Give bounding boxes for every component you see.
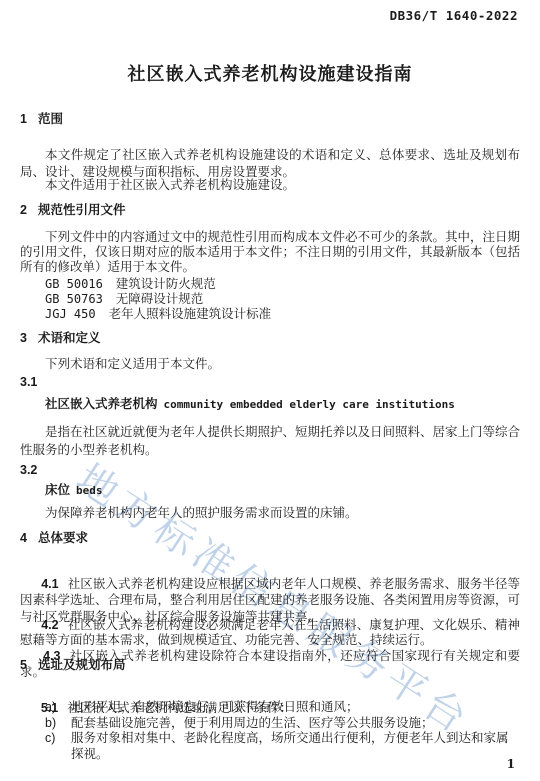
section-1-title: 范围 <box>38 112 63 126</box>
term-definition: 为保障养老机构内老年人的照护服务需求而设置的床铺。 <box>20 505 520 521</box>
standard-document-page: 地方标准信息服务平台 DB36/T 1640-2022 社区嵌入式养老机构设施建… <box>0 0 540 781</box>
section-2-number: 2 <box>20 203 27 217</box>
terms-intro: 下列术语和定义适用于本文件。 <box>20 356 520 372</box>
reference-item: GB 50763无障碍设计规范 <box>20 292 520 306</box>
section-1-number: 1 <box>20 112 27 126</box>
term-entry: 社区嵌入式养老机构community embedded elderly care… <box>20 397 520 412</box>
scope-paragraph-2: 本文件适用于社区嵌入式养老机构设施建设。 <box>20 177 520 193</box>
reference-name: 无障碍设计规范 <box>116 292 204 306</box>
list-item-a: a)地形平坦，自然环境良好，可获得有效日照和通风； <box>20 700 520 716</box>
list-item-text: 配套基础设施完善，便于利用周边的生活、医疗等公共服务设施； <box>71 716 520 732</box>
term-name-zh: 床位 <box>45 483 70 497</box>
term-clause-number: 3.1 <box>20 375 520 389</box>
reference-name: 建筑设计防火规范 <box>116 277 216 291</box>
section-5-title: 选址及规划布局 <box>38 658 126 672</box>
clause-number: 4.2 <box>41 618 58 632</box>
reference-code: GB 50016 <box>45 277 103 291</box>
reference-name: 老年人照料设施建筑设计标准 <box>109 307 272 321</box>
section-4-number: 4 <box>20 531 27 545</box>
term-clause-number: 3.2 <box>20 463 520 477</box>
clause-number: 4.1 <box>41 577 58 591</box>
term-entry: 床位beds <box>20 483 520 498</box>
section-3-title: 术语和定义 <box>38 331 101 345</box>
list-item-b: b)配套基础设施完善，便于利用周边的生活、医疗等公共服务设施； <box>20 716 520 732</box>
scope-paragraph-1: 本文件规定了社区嵌入式养老机构设施建设的术语和定义、总体要求、选址及规划布局、设… <box>20 147 520 180</box>
term-definition: 是指在社区就近就便为老年人提供长期照护、短期托养以及日间照料、居家上门等综合性服… <box>20 423 520 459</box>
list-item-text: 地形平坦，自然环境良好，可获得有效日照和通风； <box>71 700 520 716</box>
document-title: 社区嵌入式养老机构设施建设指南 <box>20 60 520 86</box>
section-5-number: 5 <box>20 658 27 672</box>
section-4-title: 总体要求 <box>38 531 88 545</box>
reference-code: JGJ 450 <box>45 307 96 321</box>
page-number: 1 <box>20 757 515 771</box>
list-marker: b) <box>45 716 71 732</box>
section-4-heading: 4总体要求 <box>20 531 520 545</box>
term-name-en: community embedded elderly care institut… <box>164 398 455 411</box>
section-3-number: 3 <box>20 331 27 345</box>
reference-item: JGJ 450老年人照料设施建筑设计标准 <box>20 307 520 321</box>
reference-code: GB 50763 <box>45 292 103 306</box>
normative-refs-intro: 下列文件中的内容通过文中的规范性引用而构成本文件必不可少的条款。其中，注日期的引… <box>20 230 520 275</box>
section-1-heading: 1范围 <box>20 112 520 126</box>
section-5-heading: 5选址及规划布局 <box>20 658 520 672</box>
standard-number: DB36/T 1640-2022 <box>20 8 518 23</box>
section-3-heading: 3术语和定义 <box>20 331 520 345</box>
term-name-zh: 社区嵌入式养老机构 <box>45 397 158 411</box>
term-name-en: beds <box>76 484 103 497</box>
section-2-title: 规范性引用文件 <box>38 203 126 217</box>
section-2-heading: 2规范性引用文件 <box>20 203 520 217</box>
reference-item: GB 50016建筑设计防火规范 <box>20 277 520 291</box>
list-marker: a) <box>45 700 71 716</box>
